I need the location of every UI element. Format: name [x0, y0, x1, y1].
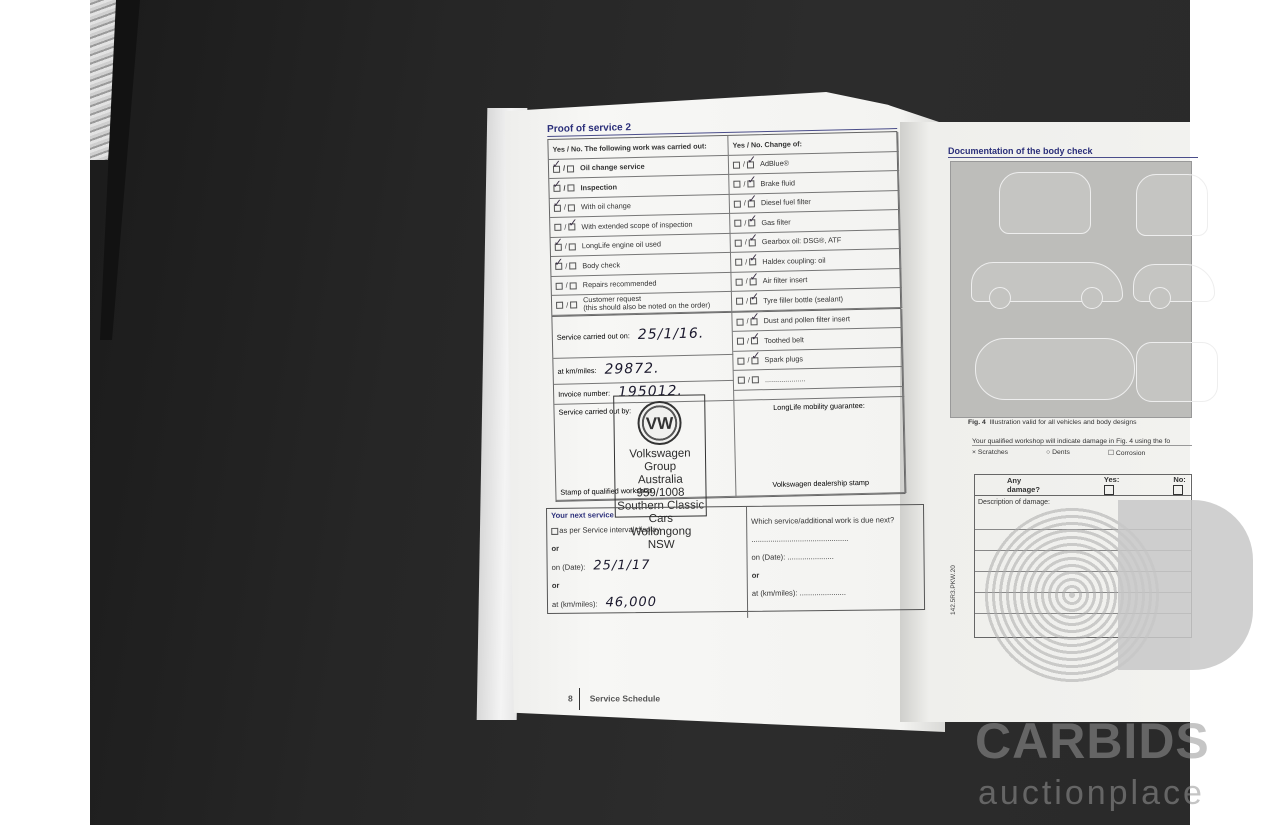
- checkbox-icon: [567, 185, 574, 192]
- checkbox-icon: [569, 243, 576, 250]
- next-service-right: Which service/additional work is due nex…: [747, 505, 924, 618]
- change-item-label: AdBlue®: [760, 159, 789, 169]
- next-service-box: Your next service as per Service interva…: [546, 504, 925, 614]
- yes-no-checkboxes[interactable]: / ✓: [553, 183, 575, 192]
- dealer-stamp: VW Volkswagen Group Australia 959/1008 S…: [613, 394, 707, 517]
- figure-number: Fig. 4: [968, 419, 986, 426]
- checkbox-icon: [554, 224, 561, 231]
- due-blank: ........................................…: [751, 533, 919, 544]
- change-item-label: Haldex coupling: oil: [762, 255, 825, 265]
- change-item-label: Spark plugs: [764, 355, 803, 365]
- checkbox-icon: [736, 298, 743, 305]
- service-date-label: Service carried out on:: [557, 331, 630, 342]
- checkbox-icon: [738, 377, 745, 384]
- checkbox-icon: [752, 377, 759, 384]
- work-item-label: Customer request(this should also be not…: [583, 294, 710, 313]
- right-margin: [1190, 0, 1280, 825]
- yes-no-checkboxes[interactable]: / ✓: [733, 179, 755, 188]
- change-item-label: Gearbox oil: DSG®, ATF: [762, 236, 842, 247]
- yes-no-checkboxes[interactable]: / ✓: [555, 261, 577, 270]
- change-item-label: Toothed belt: [764, 335, 804, 345]
- work-item-label: LongLife engine oil used: [582, 240, 661, 251]
- handwritten-check-icon: ✓: [747, 154, 757, 167]
- checkbox-icon: [733, 161, 740, 168]
- change-item: / ....................: [734, 367, 903, 390]
- checkbox-icon: [568, 204, 575, 211]
- damage-legend: × Scratches ○ Dents ☐ Corrosion: [972, 449, 1192, 457]
- yes-no-checkboxes[interactable]: / ✓: [553, 164, 575, 173]
- checkbox-icon: [567, 165, 574, 172]
- change-item-label: Air filter insert: [763, 275, 808, 285]
- handwritten-check-icon: ✓: [749, 270, 759, 283]
- vw-logo-icon: VW: [637, 401, 682, 446]
- work-item-label: Inspection: [580, 182, 617, 192]
- yes-no-checkboxes[interactable]: / ✓: [735, 238, 757, 247]
- body-check-title: Documentation of the body check: [948, 146, 1198, 158]
- km-value: 29872.: [604, 361, 659, 378]
- service-date-value: 25/1/16.: [638, 325, 705, 343]
- proof-of-service-form: Proof of service 2 Yes / No. The followi…: [547, 116, 905, 501]
- car-rear-view-icon: [999, 172, 1091, 234]
- checkbox-icon: [735, 239, 742, 246]
- handwritten-check-icon: ✓: [751, 330, 761, 343]
- car-front-view-icon: [1136, 174, 1208, 236]
- watermark-b-letter: [1118, 500, 1253, 670]
- due-date-label: on (Date): ......................: [751, 551, 919, 562]
- handwritten-check-icon: ✓: [751, 349, 761, 362]
- no-option[interactable]: No:: [1141, 475, 1191, 494]
- yes-option[interactable]: Yes:: [1072, 475, 1123, 494]
- change-item-label: Gas filter: [761, 217, 790, 227]
- checkbox-icon: [1173, 485, 1183, 495]
- change-item-label: ....................: [765, 374, 806, 384]
- yes-no-checkboxes[interactable]: /: [556, 300, 578, 309]
- checkbox-icon: [736, 318, 743, 325]
- car-top-view-icon: [975, 338, 1135, 400]
- service-details: Service carried out on: 25/1/16. / ✓Dust…: [551, 309, 905, 502]
- interval-display-option: as per Service interval display: [551, 524, 742, 535]
- any-damage-label: Any damage?: [1007, 476, 1040, 494]
- damage-question-row: Any damage? Yes: No:: [975, 475, 1191, 496]
- next-km-value: 46,000: [605, 595, 657, 611]
- checkbox-icon: [734, 200, 741, 207]
- yes-no-checkboxes[interactable]: / ✓: [736, 317, 758, 326]
- checkbox-icon: [734, 220, 741, 227]
- yes-no-checkboxes[interactable]: / ✓: [554, 203, 576, 212]
- page-footer: 8Service Schedule: [568, 688, 660, 710]
- yes-no-checkboxes[interactable]: / ✓: [735, 257, 757, 266]
- next-km-row: at (km/miles):46,000: [552, 597, 743, 609]
- yes-no-checkboxes[interactable]: / ✓: [733, 160, 755, 169]
- checkbox-icon: [735, 259, 742, 266]
- due-km-label: at (km/miles): ......................: [752, 587, 920, 598]
- km-label: at km/miles:: [558, 365, 597, 375]
- next-date-label: on (Date):: [552, 563, 586, 572]
- next-date-value: 25/1/17: [593, 558, 650, 574]
- change-item-label: Tyre filler bottle (sealant): [763, 294, 843, 305]
- stamp-line: 959/1008: [615, 486, 705, 500]
- yes-no-checkboxes[interactable]: / ✓: [555, 242, 577, 251]
- watermark-subtitle: auctionplace: [978, 774, 1205, 813]
- figure-caption: Fig. 4 Illustration valid for all vehicl…: [968, 419, 1137, 426]
- figure-caption-text: Illustration valid for all vehicles and …: [990, 419, 1137, 426]
- yes-no-checkboxes[interactable]: /: [556, 281, 578, 290]
- yes-no-checkboxes[interactable]: / ✓: [737, 336, 759, 345]
- work-item: / Customer request(this should also be n…: [552, 292, 732, 316]
- page-number: 8: [568, 693, 573, 703]
- stamp-line: Australia: [615, 473, 705, 487]
- next-service-title: Your next service: [551, 509, 742, 520]
- damage-note: Your qualified workshop will indicate da…: [972, 438, 1192, 446]
- legend-scratches: × Scratches: [972, 449, 1008, 457]
- checkbox-icon: [570, 302, 577, 309]
- change-item: / ✓Tyre filler bottle (sealant): [732, 288, 902, 311]
- work-item-label: With oil change: [581, 201, 631, 211]
- change-item-label: Diesel fuel filter: [761, 197, 811, 207]
- change-item-label: Dust and pollen filter insert: [764, 314, 851, 325]
- wheel-icon: [1081, 287, 1103, 309]
- yes-no-checkboxes[interactable]: / ✓: [734, 218, 756, 227]
- car-side-view-icon: [1133, 264, 1215, 302]
- dealer-stamp-box: LongLife mobility guarantee: Volkswagen …: [734, 396, 906, 496]
- handwritten-check-icon: ✓: [552, 177, 562, 190]
- checkbox-icon: [733, 181, 740, 188]
- handwritten-check-icon: ✓: [747, 173, 757, 186]
- or-label: or: [551, 542, 742, 553]
- yes-label: Yes:: [1104, 475, 1119, 484]
- or-label: or: [552, 579, 743, 590]
- interval-display-label: as per Service interval display: [559, 525, 660, 535]
- stamp-line: Volkswagen Group: [615, 447, 705, 474]
- handwritten-check-icon: ✓: [554, 236, 564, 249]
- yes-no-checkboxes[interactable]: / ✓: [554, 222, 576, 231]
- yes-no-checkboxes[interactable]: / ✓: [734, 199, 756, 208]
- car-underbody-view-icon: [1136, 342, 1218, 402]
- dealer-stamp-label: Volkswagen dealership stamp: [736, 476, 905, 489]
- checkbox-icon: [556, 302, 563, 309]
- next-date-row: on (Date):25/1/17: [552, 560, 743, 572]
- checkbox-icon: [570, 282, 577, 289]
- service-date-row: Service carried out on: 25/1/16.: [552, 312, 733, 358]
- work-item-label: Body check: [582, 260, 620, 270]
- yes-no-checkboxes[interactable]: / ✓: [737, 355, 759, 364]
- right-blank-area: / ✓Dust and pollen filter insert / ✓Toot…: [732, 308, 904, 400]
- footer-title: Service Schedule: [590, 693, 660, 703]
- handwritten-check-icon: ✓: [554, 255, 564, 268]
- car-diagram-figure: [950, 161, 1192, 418]
- checkbox-icon: [569, 263, 576, 270]
- footer-divider: [579, 688, 580, 710]
- wheel-icon: [1149, 287, 1171, 309]
- checkbox-icon: [556, 283, 563, 290]
- yes-no-checkboxes[interactable]: / ✓: [736, 296, 758, 305]
- handwritten-check-icon: ✓: [553, 197, 563, 210]
- service-table: Yes / No. The following work was carried…: [547, 131, 901, 316]
- wheel-icon: [989, 287, 1011, 309]
- handwritten-check-icon: ✓: [552, 158, 562, 171]
- legend-corrosion: ☐ Corrosion: [1108, 449, 1145, 457]
- checkbox-icon: [551, 527, 558, 534]
- work-item-label: Repairs recommended: [583, 279, 657, 290]
- checkbox-icon: [1104, 485, 1114, 495]
- change-item-label: Brake fluid: [760, 178, 795, 188]
- document-code: 142.5R3.PKW.20: [950, 565, 957, 615]
- checkbox-icon: [737, 338, 744, 345]
- work-item-label: With extended scope of inspection: [581, 219, 692, 231]
- handwritten-check-icon: ✓: [748, 193, 758, 206]
- checkbox-icon: [736, 278, 743, 285]
- yes-no-checkboxes[interactable]: /: [738, 375, 760, 384]
- longlife-label: LongLife mobility guarantee:: [738, 400, 899, 413]
- next-km-label: at (km/miles):: [552, 599, 598, 608]
- next-service-left: Your next service as per Service interva…: [547, 507, 748, 620]
- handwritten-check-icon: ✓: [748, 212, 758, 225]
- watermark-brand: CARBIDS: [975, 712, 1210, 770]
- handwritten-check-icon: ✓: [750, 310, 760, 323]
- or-label: or: [752, 569, 920, 580]
- handwritten-check-icon: ✓: [750, 290, 760, 303]
- legend-dents: ○ Dents: [1046, 449, 1070, 457]
- checkbox-icon: [737, 357, 744, 364]
- km-row: at km/miles: 29872.: [553, 354, 734, 384]
- yes-no-checkboxes[interactable]: / ✓: [736, 277, 758, 286]
- handwritten-check-icon: ✓: [748, 231, 758, 244]
- due-question: Which service/additional work is due nex…: [751, 515, 919, 526]
- handwritten-check-icon: ✓: [568, 216, 578, 229]
- no-label: No:: [1173, 475, 1186, 484]
- work-item-label: Oil change service: [580, 162, 645, 172]
- handwritten-check-icon: ✓: [749, 251, 759, 264]
- invoice-label: Invoice number:: [558, 388, 610, 398]
